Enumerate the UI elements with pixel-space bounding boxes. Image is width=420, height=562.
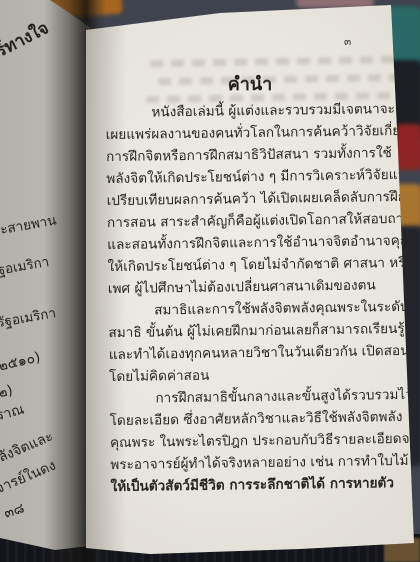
show-through-text	[150, 56, 402, 67]
book-photo: ร์ทางใจ จะสายพาน รัฐอเมริกา หรัฐอเมริกา …	[0, 0, 420, 562]
background-red-object	[396, 124, 420, 170]
left-page-fragment: ๒๕๑๐)	[0, 346, 43, 377]
left-page-fragment: ราณ	[0, 399, 27, 428]
page-number: ๓	[344, 33, 351, 50]
left-page-fragment: ๓๘	[1, 497, 27, 524]
body-line: ให้เป็นตัวสัตว์มีชีวิต การระลึกชาติได้ ก…	[110, 472, 410, 498]
body-text: หนังสือเล่มนี้ ผู้แต่งและรวบรวมมีเจตนาจะ…	[105, 98, 410, 498]
body-line: และทำได้เองทุกคนหลายวิชาในวันเดียวกัน เป…	[109, 340, 409, 366]
